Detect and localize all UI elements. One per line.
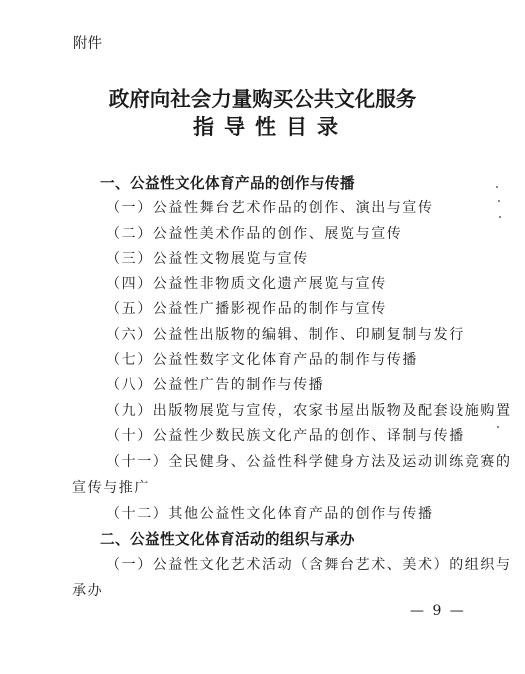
list-item: （八）公益性广告的制作与传播 bbox=[106, 374, 324, 394]
list-item: （六）公益性出版物的编辑、制作、印刷复制与发行 bbox=[106, 324, 465, 344]
list-item-continuation: 承办 bbox=[72, 580, 103, 600]
list-item: （三）公益性文物展览与宣传 bbox=[106, 248, 309, 268]
list-item: （十二）其他公益性文化体育产品的创作与传播 bbox=[106, 503, 434, 523]
scan-speck bbox=[498, 455, 500, 457]
scan-speck bbox=[499, 216, 501, 218]
list-item-continuation: 宣传与推广 bbox=[72, 477, 150, 497]
attachment-label: 附件 bbox=[73, 32, 102, 53]
list-item: （四）公益性非物质文化遗产展览与宣传 bbox=[106, 273, 387, 293]
section-heading-2: 二、公益性文化体育活动的组织与承办 bbox=[100, 528, 355, 549]
document-title: 政府向社会力量购买公共文化服务 bbox=[0, 82, 525, 112]
list-item: （十）公益性少数民族文化产品的创作、译制与传播 bbox=[106, 425, 465, 445]
list-item: （七）公益性数字文化体育产品的制作与传播 bbox=[106, 349, 418, 369]
list-item: （十一）全民健身、公益性科学健身方法及运动训练竞赛的 bbox=[106, 451, 512, 471]
document-subtitle: 指导性目录 bbox=[0, 111, 525, 141]
scan-speck bbox=[498, 200, 500, 202]
list-item: （九）出版物展览与宣传，农家书屋出版物及配套设施购置 bbox=[106, 400, 512, 420]
scan-speck bbox=[497, 426, 499, 428]
list-item: （一）公益性文化艺术活动（含舞台艺术、美术）的组织与 bbox=[106, 554, 512, 574]
list-item: （二）公益性美术作品的创作、展览与宣传 bbox=[106, 223, 402, 243]
document-page: 附件 政府向社会力量购买公共文化服务 指导性目录 一、公益性文化体育产品的创作与… bbox=[0, 0, 525, 674]
page-number: — 9 — bbox=[410, 603, 466, 619]
section-heading-1: 一、公益性文化体育产品的创作与传播 bbox=[100, 172, 355, 193]
scan-speck bbox=[496, 186, 498, 188]
list-item: （五）公益性广播影视作品的制作与宣传 bbox=[106, 298, 387, 318]
list-item: （一）公益性舞台艺术作品的创作、演出与宣传 bbox=[106, 197, 434, 217]
